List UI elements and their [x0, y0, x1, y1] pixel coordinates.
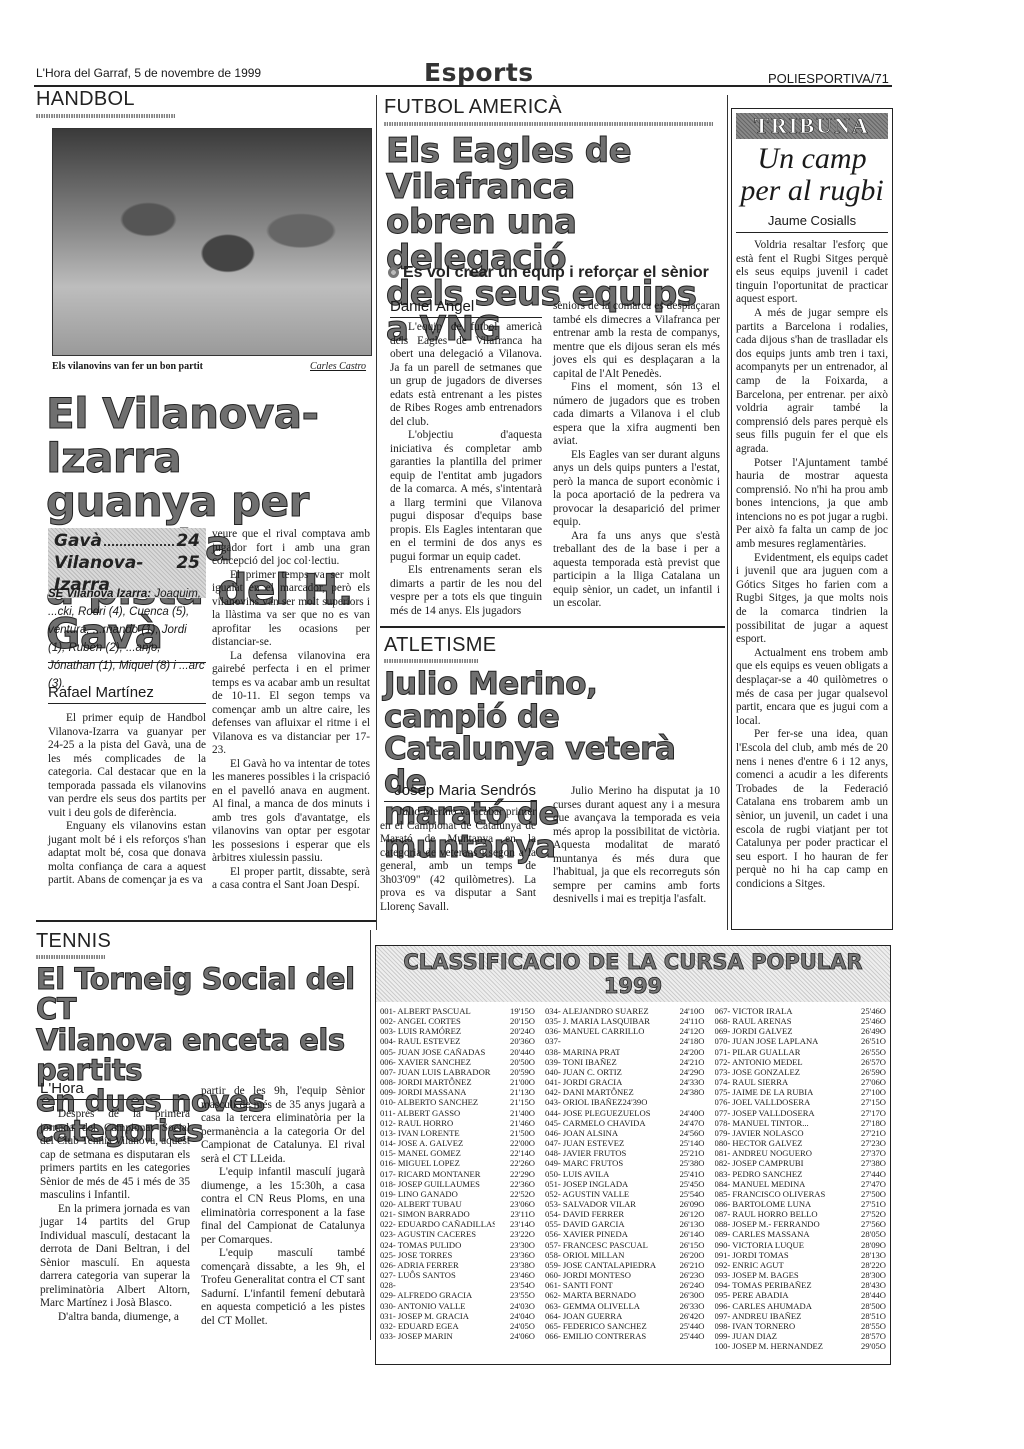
runner-time: 28'30O: [846, 1270, 886, 1280]
paragraph: A més de jugar sempre els partits a Barc…: [736, 307, 888, 457]
result-row: 065- FEDERICO SANCHEZ25'44O: [545, 1321, 705, 1331]
result-row: 021- SIMON BARRADO23'11O: [380, 1209, 535, 1219]
publication-date: L'Hora del Garraf, 5 de novembre de 1999: [36, 66, 261, 80]
byline: Jaume Cosialls: [736, 213, 888, 233]
runner-time: 19'15O: [495, 1006, 535, 1016]
runner-name: 087- RAUL HORRO BELLO: [715, 1209, 818, 1219]
runner-time: 28'09O: [846, 1240, 886, 1250]
result-row: 001- ALBERT PASCUAL19'15O: [380, 1006, 535, 1016]
result-row: 095- PERE ABADIA28'44O: [715, 1290, 886, 1300]
runner-name: 078- MANUEL TINTOR...: [715, 1118, 809, 1128]
result-row: 041- JORDI GRACIA24'33O: [545, 1077, 705, 1087]
result-row: 076- JOEL VALLDOSERA27'15O: [715, 1097, 886, 1107]
result-row: 014- JOSE A. GALVEZ22'00O: [380, 1138, 535, 1148]
runner-name: 084- MANUEL MEDINA: [715, 1179, 806, 1189]
runner-time: 24'29O: [665, 1067, 705, 1077]
runner-name: 029- ALFREDO GRACIA: [380, 1290, 472, 1300]
result-row: 036- MANUEL CARRILLO24'12O: [545, 1026, 705, 1036]
runner-time: 22'00O: [495, 1138, 535, 1148]
runner-name: 059- JOSE CANTALAPIEDRA: [545, 1260, 656, 1270]
results-column-2: 034- ALEJANDRO SUAREZ24'10O035- J. MARIA…: [545, 1006, 705, 1351]
byline: Rafael Martínez: [48, 684, 206, 704]
result-row: 092- ENRIC AGUT28'22O: [715, 1260, 886, 1270]
paragraph: El proper partit, dissabte, serà a casa …: [212, 866, 370, 893]
runner-time: 26'55O: [846, 1047, 886, 1057]
result-row: 028-23'54O: [380, 1280, 535, 1290]
result-row: 002- ANGEL CORTES20'15O: [380, 1016, 535, 1026]
runner-time: 23'06O: [495, 1199, 535, 1209]
photo-caption: Els vilanovins van fer un bon partit: [52, 361, 203, 372]
runner-time: 27'51O: [846, 1199, 886, 1209]
runner-time: 28'51O: [846, 1311, 886, 1321]
runner-name: 014- JOSE A. GALVEZ: [380, 1138, 463, 1148]
runner-time: 27'10O: [846, 1087, 886, 1097]
runner-name: 068- RAUL ARENAS: [715, 1016, 792, 1026]
result-row: 053- SALVADOR VILAR26'09O: [545, 1199, 705, 1209]
runner-name: 012- RAUL HORRO: [380, 1118, 453, 1128]
byline: L'Hora: [40, 1080, 190, 1100]
runner-name: 010- ALBERTO SANCHEZ: [380, 1097, 478, 1107]
runner-time: 23'55O: [495, 1290, 535, 1300]
runner-time: 24'04O: [495, 1311, 535, 1321]
runner-name: 048- JAVIER FRUTOS: [545, 1148, 626, 1158]
runner-time: 24'20O: [665, 1047, 705, 1057]
runner-name: 077- JOSEP VALLDOSERA: [715, 1108, 815, 1118]
result-row: 056- XAVIER PINEDA26'14O: [545, 1229, 705, 1239]
result-row: 015- MANEL GOMEZ22'14O: [380, 1148, 535, 1158]
runner-name: 086- BARTOLOME LUNA: [715, 1199, 812, 1209]
result-row: 010- ALBERTO SANCHEZ21'15O: [380, 1097, 535, 1107]
paragraph: Ara fa uns anys que s'està treballant de…: [553, 530, 720, 611]
runner-name: 039- TONI IBAÑEZ: [545, 1057, 617, 1067]
headline-line: El Vilanova-Izarra: [46, 392, 376, 480]
runner-time: 24'40O: [665, 1108, 705, 1118]
runner-time: 23'54O: [495, 1280, 535, 1290]
result-row: 073- JOSE GONZALEZ26'59O: [715, 1067, 886, 1077]
runner-time: 26'42O: [665, 1311, 705, 1321]
runner-name: 021- SIMON BARRADO: [380, 1209, 470, 1219]
result-row: 009- JORDI MASSANA21'13O: [380, 1087, 535, 1097]
column-divider: [727, 95, 728, 930]
runner-time: 24'12O: [665, 1026, 705, 1036]
result-row: 093- JOSEP M. BAGES28'30O: [715, 1270, 886, 1280]
paragraph: En la primera jornada es van jugar 14 pa…: [40, 1203, 190, 1311]
result-row: 079- JAVIER NOLASCO27'21O: [715, 1128, 886, 1138]
result-row: 007- JUAN LUIS LABRADOR20'59O: [380, 1067, 535, 1077]
score-row: Gavà24: [54, 530, 200, 552]
result-row: 077- JOSEP VALLDOSERA27'17O: [715, 1108, 886, 1118]
runner-time: 23'38O: [495, 1260, 535, 1270]
tribuna-title: Un camp per al rugbi: [736, 143, 888, 207]
runner-name: 020- ALBERT TUBAU: [380, 1199, 462, 1209]
runner-time: 27'37O: [846, 1148, 886, 1158]
result-row: 029- ALFREDO GRACIA23'55O: [380, 1290, 535, 1300]
runner-time: 21'15O: [495, 1097, 535, 1107]
result-row: 086- BARTOLOME LUNA27'51O: [715, 1199, 886, 1209]
classification-title: CLASSIFICACIO DE LA CURSA POPULAR 1999: [376, 946, 890, 1002]
section-underline: [36, 955, 106, 959]
runner-name: 002- ANGEL CORTES: [380, 1016, 461, 1026]
section-label: FUTBOL AMERICÀ: [384, 96, 724, 119]
runner-name: 044- JOSE PLEGUEZUELOS: [545, 1108, 651, 1118]
runner-name: 090- VICTORIA LUQUE: [715, 1240, 804, 1250]
runner-name: 085- FRANCISCO OLIVERAS: [715, 1189, 826, 1199]
runner-time: 25'41O: [665, 1169, 705, 1179]
result-row: 096- CARLES AHUMADA28'50O: [715, 1301, 886, 1311]
runner-name: 006- XAVIER SANCHEZ: [380, 1057, 471, 1067]
result-row: 003- LUIS RAMÓREZ20'24O: [380, 1026, 535, 1036]
runner-name: 033- JOSEP MARIN: [380, 1331, 453, 1341]
page-label: POLIESPORTIVA/71: [768, 71, 889, 86]
runner-time: 27'44O: [846, 1169, 886, 1179]
result-row: 013- IVAN LORENTE21'50O: [380, 1128, 535, 1138]
runner-time: 22'36O: [495, 1179, 535, 1189]
result-row: 006- XAVIER SANCHEZ20'50O: [380, 1057, 535, 1067]
section-underline: [36, 114, 176, 118]
runner-name: 043- ORIOL IBAÑEZ24'39O: [545, 1097, 647, 1107]
section-title: Esports: [424, 58, 534, 87]
result-row: 058- ORIOL MILLAN26'20O: [545, 1250, 705, 1260]
result-row: 050- LUIS AVILA25'41O: [545, 1169, 705, 1179]
runner-time: 23'46O: [495, 1270, 535, 1280]
runner-name: 007- JUAN LUIS LABRADOR: [380, 1067, 491, 1077]
runner-time: 22'26O: [495, 1158, 535, 1168]
runner-name: 099- JUAN DIAZ: [715, 1331, 778, 1341]
runner-time: 28'43O: [846, 1280, 886, 1290]
paragraph: L'equip masculí també començarà dissabte…: [201, 1247, 365, 1328]
paragraph: Evidentment, els equips cadet i juvenil …: [736, 552, 888, 647]
paragraph: L'equip infantil masculí jugarà diumenge…: [201, 1166, 365, 1247]
runner-name: 023- AGUSTIN CACERES: [380, 1229, 476, 1239]
runner-name: 081- ANDREU NOGUERO: [715, 1148, 812, 1158]
runner-time: 23'36O: [495, 1250, 535, 1260]
result-row: 062- MARTA BERNADO26'30O: [545, 1290, 705, 1300]
runner-time: 20'44O: [495, 1047, 535, 1057]
runner-time: 28'55O: [846, 1321, 886, 1331]
runner-name: 074- RAUL SIERRA: [715, 1077, 789, 1087]
paragraph: veure que el rival comptava amb jugador …: [212, 528, 370, 569]
runner-name: 038- MARINA PRAT: [545, 1047, 620, 1057]
result-row: 080- HECTOR GALVEZ27'23O: [715, 1138, 886, 1148]
subhead-text: Es vol crear un equip i reforçar el sèni…: [403, 264, 709, 281]
runner-time: 27'21O: [846, 1128, 886, 1138]
runner-time: [665, 1097, 705, 1107]
runner-name: 053- SALVADOR VILAR: [545, 1199, 636, 1209]
runner-name: 069- JORDI GALVEZ: [715, 1026, 793, 1036]
section-underline: [384, 659, 479, 663]
runner-name: 030- ANTONIO VALLE: [380, 1301, 465, 1311]
runner-name: 022- EDUARDO CAÑADILLAS: [380, 1219, 495, 1229]
runner-time: 20'50O: [495, 1057, 535, 1067]
results-column-3: 067- VICTOR IRALA25'46O068- RAUL ARENAS2…: [715, 1006, 886, 1351]
result-row: 094- TOMAS PERIBAÑEZ28'43O: [715, 1280, 886, 1290]
runner-time: 26'09O: [665, 1199, 705, 1209]
futbol-col1: L'equip de futbol americà dels Eagles de…: [390, 321, 542, 618]
runner-time: 29'05O: [846, 1341, 886, 1351]
futbol-col2: sèniors de la comarca es desplaçaran tam…: [553, 300, 720, 611]
runner-name: 009- JORDI MASSANA: [380, 1087, 466, 1097]
runner-name: 042- DANI MARTÔNEZ: [545, 1087, 634, 1097]
runner-time: 20'24O: [495, 1026, 535, 1036]
runner-time: 28'05O: [846, 1229, 886, 1239]
result-row: 031- JOSEP M. GRACIA24'04O: [380, 1311, 535, 1321]
runner-name: 098- IVAN TORNERO: [715, 1321, 796, 1331]
runner-time: 27'18O: [846, 1118, 886, 1128]
runner-time: 24'38O: [665, 1087, 705, 1097]
paragraph: sèniors de la comarca es desplaçaran tam…: [553, 300, 720, 381]
runner-name: 040- JUAN C. ORTIZ: [545, 1067, 622, 1077]
runner-name: 067- VICTOR IRALA: [715, 1006, 793, 1016]
runner-name: 017- RICARD MONTANER: [380, 1169, 481, 1179]
runner-time: 22'52O: [495, 1189, 535, 1199]
lineup: SE Vilanova Izarra: Joaquim, ...cki, Rod…: [48, 585, 206, 693]
runner-time: 25'46O: [846, 1006, 886, 1016]
result-row: 060- JORDI MONTESO26'23O: [545, 1270, 705, 1280]
result-row: 035- J. MARIA LASQUIBAR24'11O: [545, 1016, 705, 1026]
result-row: 017- RICARD MONTANER22'29O: [380, 1169, 535, 1179]
runner-time: 25'54O: [665, 1189, 705, 1199]
runner-time: 26'13O: [665, 1219, 705, 1229]
result-row: 055- DAVID GARCIA26'13O: [545, 1219, 705, 1229]
result-row: 070- JUAN JOSE LAPLANA26'51O: [715, 1036, 886, 1046]
runner-name: 072- ANTONIO MEDEL: [715, 1057, 803, 1067]
runner-name: 050- LUIS AVILA: [545, 1169, 609, 1179]
runner-name: 091- JORDI TOMAS: [715, 1250, 789, 1260]
runner-name: 070- JUAN JOSE LAPLANA: [715, 1036, 819, 1046]
runner-time: 26'33O: [665, 1301, 705, 1311]
result-row: 039- TONI IBAÑEZ24'21O: [545, 1057, 705, 1067]
result-row: 066- EMILIO CONTRERAS25'44O: [545, 1331, 705, 1341]
runner-time: 20'15O: [495, 1016, 535, 1026]
runner-name: 063- GEMMA OLIVELLA: [545, 1301, 640, 1311]
runner-name: 056- XAVIER PINEDA: [545, 1229, 628, 1239]
paragraph: Julio Merino ha disputat ja 10 curses du…: [553, 785, 720, 907]
result-row: 046- JOAN ALSINA24'56O: [545, 1128, 705, 1138]
runner-time: 26'20O: [665, 1250, 705, 1260]
result-row: 057- FRANCESC PASCUAL26'15O: [545, 1240, 705, 1250]
runner-name: 016- MIGUEL LOPEZ: [380, 1158, 460, 1168]
runner-time: 20'59O: [495, 1067, 535, 1077]
result-row: 100- JOSEP M. HERNANDEZ29'05O: [715, 1341, 886, 1351]
runner-name: 058- ORIOL MILLAN: [545, 1250, 624, 1260]
result-row: 083- PEDRO SANCHEZ27'44O: [715, 1169, 886, 1179]
result-row: 061- SANTI FONT26'24O: [545, 1280, 705, 1290]
runner-time: 21'50O: [495, 1128, 535, 1138]
result-row: 024- TOMAS PULIDO23'30O: [380, 1240, 535, 1250]
classification-table: 001- ALBERT PASCUAL19'15O002- ANGEL CORT…: [376, 1002, 890, 1351]
runner-name: 024- TOMAS PULIDO: [380, 1240, 461, 1250]
runner-name: 088- JOSEP M.- FERRANDO: [715, 1219, 820, 1229]
result-row: 078- MANUEL TINTOR...27'18O: [715, 1118, 886, 1128]
result-row: 063- GEMMA OLIVELLA26'33O: [545, 1301, 705, 1311]
runner-time: 26'14O: [665, 1229, 705, 1239]
team-score: 24: [176, 530, 200, 552]
atletisme-col2: Julio Merino ha disputat ja 10 curses du…: [553, 785, 720, 907]
runner-name: 004- RAUL ESTEVEZ: [380, 1036, 460, 1046]
paragraph: Per fer-se una idea, quan l'Escola del c…: [736, 728, 888, 891]
runner-time: 26'15O: [665, 1240, 705, 1250]
runner-name: 100- JOSEP M. HERNANDEZ: [715, 1341, 824, 1351]
result-row: 020- ALBERT TUBAU23'06O: [380, 1199, 535, 1209]
result-row: 059- JOSE CANTALAPIEDRA26'21O: [545, 1260, 705, 1270]
result-row: 008- JORDI MARTÔNEZ21'00O: [380, 1077, 535, 1087]
runner-name: 034- ALEJANDRO SUAREZ: [545, 1006, 649, 1016]
result-row: 085- FRANCISCO OLIVERAS27'50O: [715, 1189, 886, 1199]
runner-name: 045- CARMELO CHAVIDA: [545, 1118, 646, 1128]
runner-name: 003- LUIS RAMÓREZ: [380, 1026, 461, 1036]
column-divider: [376, 95, 377, 930]
runner-name: 076- JOEL VALLDOSERA: [715, 1097, 811, 1107]
result-row: 054- DAVID FERRER26'12O: [545, 1209, 705, 1219]
result-row: 087- RAUL HORRO BELLO27'52O: [715, 1209, 886, 1219]
divider: [48, 662, 206, 663]
result-row: 032- EDUARD EGEA24'05O: [380, 1321, 535, 1331]
headline-line: Julio Merino, campió de: [384, 668, 724, 733]
paragraph: Potser l'Ajuntament també hauria de most…: [736, 457, 888, 552]
runner-name: 096- CARLES AHUMADA: [715, 1301, 812, 1311]
runner-name: 008- JORDI MARTÔNEZ: [380, 1077, 472, 1087]
result-row: 026- ADRIA FERRER23'38O: [380, 1260, 535, 1270]
runner-name: 057- FRANCESC PASCUAL: [545, 1240, 648, 1250]
runner-name: 013- IVAN LORENTE: [380, 1128, 460, 1138]
runner-time: 27'15O: [846, 1097, 886, 1107]
runner-time: 24'18O: [665, 1036, 705, 1046]
paragraph: partir de les 9h, l'equip Sènior masculí…: [201, 1085, 365, 1166]
result-row: 090- VICTORIA LUQUE28'09O: [715, 1240, 886, 1250]
runner-time: 27'47O: [846, 1179, 886, 1189]
result-row: 051- JOSEP INGLADA25'45O: [545, 1179, 705, 1189]
runner-name: 041- JORDI GRACIA: [545, 1077, 622, 1087]
runner-time: 24'03O: [495, 1301, 535, 1311]
result-row: 004- RAUL ESTEVEZ20'36O: [380, 1036, 535, 1046]
result-row: 040- JUAN C. ORTIZ24'29O: [545, 1067, 705, 1077]
result-row: 034- ALEJANDRO SUAREZ24'10O: [545, 1006, 705, 1016]
result-row: 097- ANDREU IBAÑEZ28'51O: [715, 1311, 886, 1321]
runner-name: 071- PILAR GUALLAR: [715, 1047, 801, 1057]
result-row: 069- JORDI GALVEZ26'49O: [715, 1026, 886, 1036]
runner-name: 083- PEDRO SANCHEZ: [715, 1169, 803, 1179]
runner-time: 25'38O: [665, 1158, 705, 1168]
runner-name: 015- MANEL GOMEZ: [380, 1148, 461, 1158]
headline-line: Els Eagles de Vilafranca: [386, 134, 726, 205]
runner-name: 051- JOSEP INGLADA: [545, 1179, 628, 1189]
headline-line: Vilanova enceta els partits: [36, 1025, 372, 1086]
byline: Daniel Angel: [390, 298, 542, 318]
result-row: 084- MANUEL MEDINA27'47O: [715, 1179, 886, 1189]
result-row: 052- AGUSTIN VALLE25'54O: [545, 1189, 705, 1199]
runner-time: 21'46O: [495, 1118, 535, 1128]
section-label: TENNIS: [36, 930, 372, 953]
paragraph: Els entrenaments seran els dimarts a par…: [390, 564, 542, 618]
runner-name: 092- ENRIC AGUT: [715, 1260, 784, 1270]
handbol-col1: El primer equip de Handbol Vilanova-Izar…: [48, 712, 206, 888]
result-row: 099- JUAN DIAZ28'57O: [715, 1331, 886, 1341]
team-name: Gavà: [54, 530, 102, 552]
runner-time: 24'05O: [495, 1321, 535, 1331]
runner-time: 24'33O: [665, 1077, 705, 1087]
runner-time: 24'11O: [665, 1016, 705, 1026]
paragraph: El primer equip de Handbol Vilanova-Izar…: [48, 712, 206, 820]
result-row: 027- LUÔS SANTOS23'46O: [380, 1270, 535, 1280]
headline-line: El Torneig Social del CT: [36, 964, 372, 1025]
runner-name: 080- HECTOR GALVEZ: [715, 1138, 803, 1148]
runner-time: 24'10O: [665, 1006, 705, 1016]
runner-time: 27'38O: [846, 1158, 886, 1168]
lineup-text: Joaquim, ...cki, Rodri (4), Cuenca (5), …: [48, 588, 205, 690]
runner-time: 26'23O: [665, 1270, 705, 1280]
paragraph: Fins el moment, són 13 el número de juga…: [553, 381, 720, 449]
result-row: 081- ANDREU NOGUERO27'37O: [715, 1148, 886, 1158]
runner-name: 073- JOSE GONZALEZ: [715, 1067, 800, 1077]
results-column-1: 001- ALBERT PASCUAL19'15O002- ANGEL CORT…: [380, 1006, 535, 1351]
result-row: 049- MARC FRUTOS25'38O: [545, 1158, 705, 1168]
result-row: 082- JOSEP CAMPRUBI27'38O: [715, 1158, 886, 1168]
result-row: 047- JUAN ESTEVEZ25'14O: [545, 1138, 705, 1148]
result-row: 018- JOSEP GUILLAUMES22'36O: [380, 1179, 535, 1189]
paragraph: Voldria resaltar l'esforç que està fent …: [736, 239, 888, 307]
runner-time: 25'46O: [846, 1016, 886, 1026]
tribuna-column: TRIBUNA Un camp per al rugbi Jaume Cosia…: [731, 108, 893, 930]
runner-name: 026- ADRIA FERRER: [380, 1260, 459, 1270]
runner-name: 037-: [545, 1036, 561, 1046]
paragraph: Julio Merino va acabar primer en el Camp…: [380, 806, 536, 914]
runner-time: 28'13O: [846, 1250, 886, 1260]
result-row: 048- JAVIER FRUTOS25'21O: [545, 1148, 705, 1158]
runner-time: 23'22O: [495, 1229, 535, 1239]
photo-credit: Carles Castro: [310, 361, 366, 372]
runner-name: 028-: [380, 1280, 396, 1290]
runner-time: 27'17O: [846, 1108, 886, 1118]
runner-name: 035- J. MARIA LASQUIBAR: [545, 1016, 650, 1026]
result-row: 025- JOSE TORRES23'36O: [380, 1250, 535, 1260]
paragraph: La defensa vilanovina era gairebé perfec…: [212, 650, 370, 758]
tennis-col2: partir de les 9h, l'equip Sènior masculí…: [201, 1085, 365, 1328]
runner-name: 032- EDUARD EGEA: [380, 1321, 459, 1331]
futbol-article: FUTBOL AMERICÀ: [384, 96, 724, 126]
runner-time: 26'49O: [846, 1026, 886, 1036]
runner-time: 27'52O: [846, 1209, 886, 1219]
runner-time: 27'23O: [846, 1138, 886, 1148]
paragraph: El primer temps va ser molt igualat en e…: [212, 569, 370, 650]
section-label: ATLETISME: [384, 634, 724, 657]
runner-name: 094- TOMAS PERIBAÑEZ: [715, 1280, 812, 1290]
paragraph: L'objectiu d'aquesta iniciativa és compl…: [390, 429, 542, 564]
runner-time: 26'59O: [846, 1067, 886, 1077]
runner-time: 27'50O: [846, 1189, 886, 1199]
runner-time: 27'06O: [846, 1077, 886, 1087]
bullet-icon: [388, 267, 399, 278]
paragraph: L'equip de futbol americà dels Eagles de…: [390, 321, 542, 429]
runner-name: 065- FEDERICO SANCHEZ: [545, 1321, 647, 1331]
result-row: 075- JAIME DE LA RUBIA27'10O: [715, 1087, 886, 1097]
section-label: HANDBOL: [36, 88, 372, 111]
runner-time: 26'57O: [846, 1057, 886, 1067]
result-row: 067- VICTOR IRALA25'46O: [715, 1006, 886, 1016]
column-divider: [370, 930, 371, 1340]
runner-name: 060- JORDI MONTESO: [545, 1270, 631, 1280]
result-row: 019- LINO GANADO22'52O: [380, 1189, 535, 1199]
runner-time: 26'30O: [665, 1290, 705, 1300]
runner-time: 25'44O: [665, 1331, 705, 1341]
runner-name: 036- MANUEL CARRILLO: [545, 1026, 644, 1036]
runner-time: 28'57O: [846, 1331, 886, 1341]
runner-name: 075- JAIME DE LA RUBIA: [715, 1087, 814, 1097]
runner-time: 21'00O: [495, 1077, 535, 1087]
runner-name: 046- JOAN ALSINA: [545, 1128, 618, 1138]
runner-name: 005- JUAN JOSE CAÑADAS: [380, 1047, 485, 1057]
paragraph: Els Eagles van ser durant alguns anys un…: [553, 449, 720, 530]
runner-time: 24'21O: [665, 1057, 705, 1067]
